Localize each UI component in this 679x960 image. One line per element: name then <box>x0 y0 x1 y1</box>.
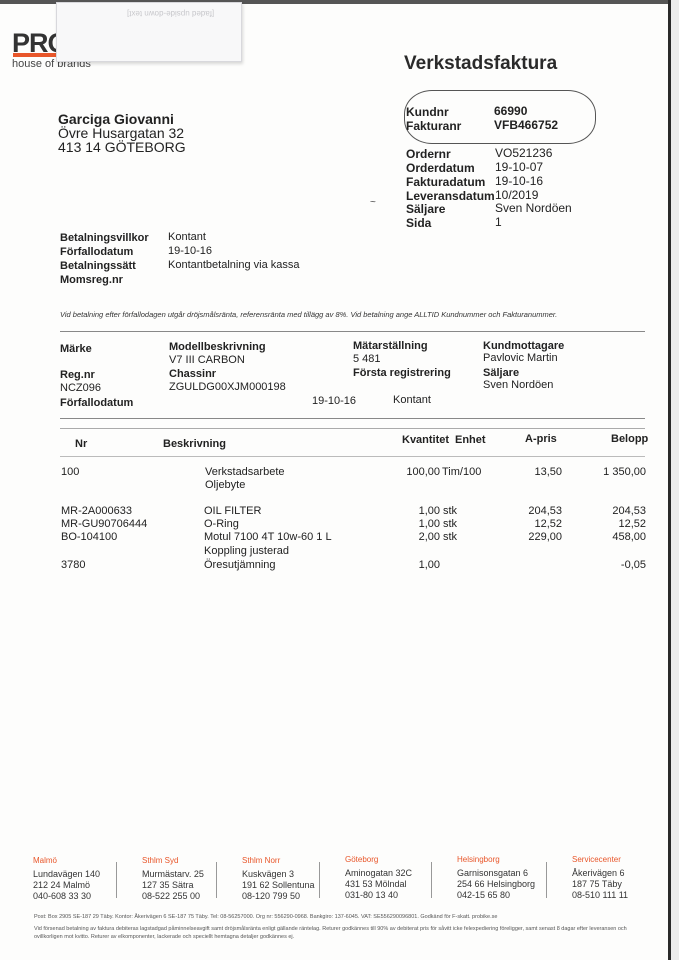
office-city: Göteborg <box>345 855 378 864</box>
col-a-pris: A-pris <box>525 433 557 445</box>
office-city: Helsingborg <box>457 855 500 864</box>
kundnr-value: 66990 <box>494 104 527 118</box>
momsreg-label: Momsreg.nr <box>60 274 123 286</box>
marke-label: Märke <box>60 343 92 355</box>
row-nr: MR-2A000633 <box>61 505 132 517</box>
footer-terms-1: Vid försenad betalning av faktura debite… <box>34 926 627 932</box>
divider <box>60 418 645 419</box>
col-belopp: Belopp <box>611 433 648 445</box>
office-city: Servicecenter <box>572 855 621 864</box>
leveransdatum-value: 10/2019 <box>495 188 538 202</box>
row-nr: BO-104100 <box>61 531 117 543</box>
office-postal: 187 75 Täby <box>572 879 622 889</box>
row-description: Koppling justerad <box>204 545 289 557</box>
office-phone: 08-120 799 50 <box>242 891 300 901</box>
document-title: Verkstadsfaktura <box>404 53 557 75</box>
row-amount: 1 350,00 <box>590 466 646 478</box>
office-postal: 254 66 Helsingborg <box>457 879 535 889</box>
row-amount: 204,53 <box>590 505 646 517</box>
orderdatum-label: Orderdatum <box>406 161 475 175</box>
divider <box>60 428 645 429</box>
office-city: Malmö <box>33 856 57 865</box>
row-amount: 458,00 <box>590 531 646 543</box>
office-street: Lundavägen 140 <box>33 869 100 879</box>
scan-background <box>671 0 679 960</box>
betalningsvillkor-label: Betalningsvillkor <box>60 232 149 244</box>
saljare-value: Sven Nordöen <box>495 201 572 215</box>
forsta-reg-label: Första registrering <box>353 367 451 379</box>
footer-company-info: Post: Box 2905 SE-187 29 Täby. Kontor: Å… <box>34 914 497 920</box>
row-unit: stk <box>443 531 457 543</box>
office-postal: 212 24 Malmö <box>33 880 90 890</box>
ordernr-value: VO521236 <box>495 146 552 160</box>
office-postal: 431 53 Mölndal <box>345 879 407 889</box>
kundmottagare-value: Pavlovic Martin <box>483 352 558 364</box>
office-street: Kuskvägen 3 <box>242 869 294 879</box>
office-city: Sthlm Syd <box>142 856 178 865</box>
row-description: Verkstadsarbete <box>205 466 285 478</box>
regnr-label: Reg.nr <box>60 369 95 381</box>
modell-value: V7 III CARBON <box>169 354 245 366</box>
fakturadatum-value: 19-10-16 <box>495 174 543 188</box>
fakturanr-value: VFB466752 <box>494 118 558 132</box>
row-unit: Tim/100 <box>442 466 481 478</box>
modell-label: Modellbeskrivning <box>169 341 266 353</box>
vehicle-forfallo-value: 19-10-16 <box>312 395 356 407</box>
office-street: Aminogatan 32C <box>345 868 412 878</box>
handwritten-mark: ~ <box>370 197 376 208</box>
office-postal: 191 62 Sollentuna <box>242 880 315 890</box>
row-unit: stk <box>443 518 457 530</box>
office-phone: 040-608 33 30 <box>33 891 91 901</box>
divider <box>60 331 645 332</box>
ordernr-label: Ordernr <box>406 147 451 161</box>
matar-value: 5 481 <box>353 353 381 365</box>
row-description: Öresutjämning <box>204 559 276 571</box>
office-postal: 127 35 Sätra <box>142 880 194 890</box>
vehicle-saljare-value: Sven Nordöen <box>483 379 553 391</box>
leveransdatum-label: Leveransdatum <box>406 189 495 203</box>
matar-label: Mätarställning <box>353 340 428 352</box>
office-street: Garnisonsgatan 6 <box>457 868 528 878</box>
row-unit: stk <box>443 505 457 517</box>
attached-sticker: [faded upside-down text] <box>56 2 242 62</box>
vehicle-forfallo-extra: Kontant <box>393 394 431 406</box>
row-nr: 100 <box>61 466 79 478</box>
row-amount: 12,52 <box>590 518 646 530</box>
betalningssatt-value: Kontantbetalning via kassa <box>168 259 299 271</box>
office-street: Murmästarv. 25 <box>142 869 204 879</box>
invoice-page: PRO house of brands [faded upside-down t… <box>0 0 668 960</box>
row-quantity: 100,00 <box>400 466 440 478</box>
row-price: 13,50 <box>512 466 562 478</box>
customer-postal-city: 413 14 GÖTEBORG <box>58 139 186 155</box>
office-city: Sthlm Norr <box>242 856 280 865</box>
col-beskrivning: Beskrivning <box>163 438 226 450</box>
regnr-value: NCZ096 <box>60 382 101 394</box>
vehicle-forfallo-label: Förfallodatum <box>60 397 133 409</box>
kundnr-label: Kundnr <box>406 105 449 119</box>
office-separator <box>116 862 117 898</box>
col-kvantitet: Kvantitet <box>402 434 449 446</box>
row-description: OIL FILTER <box>204 505 261 517</box>
vehicle-saljare-label: Säljare <box>483 367 519 379</box>
divider <box>60 456 645 457</box>
office-phone: 08-522 255 00 <box>142 891 200 901</box>
forfallodatum-label: Förfallodatum <box>60 246 133 258</box>
row-description: Oljebyte <box>205 479 245 491</box>
office-separator <box>431 862 432 898</box>
col-enhet: Enhet <box>455 434 486 446</box>
office-phone: 08-510 111 11 <box>572 890 628 900</box>
office-separator <box>319 862 320 898</box>
payment-notice: Vid betalning efter förfallodagen utgår … <box>60 310 557 319</box>
row-nr: 3780 <box>61 559 85 571</box>
row-amount: -0,05 <box>590 559 646 571</box>
chassinr-value: ZGULDG00XJM000198 <box>169 381 286 393</box>
office-street: Åkerivägen 6 <box>572 868 625 878</box>
row-description: O-Ring <box>204 518 239 530</box>
office-phone: 031-80 13 40 <box>345 890 398 900</box>
orderdatum-value: 19-10-07 <box>495 160 543 174</box>
office-phone: 042-15 65 80 <box>457 890 510 900</box>
footer-terms-2: ovillkorligen mot kvitto. Returer av elk… <box>34 934 294 940</box>
row-price: 12,52 <box>512 518 562 530</box>
row-quantity: 1,00 <box>400 505 440 517</box>
kundmottagare-label: Kundmottagare <box>483 340 564 352</box>
saljare-label: Säljare <box>406 202 445 216</box>
row-price: 229,00 <box>512 531 562 543</box>
office-separator <box>546 862 547 898</box>
sida-value: 1 <box>495 215 502 229</box>
forfallodatum-value: 19-10-16 <box>168 245 212 257</box>
sida-label: Sida <box>406 216 431 230</box>
col-nr: Nr <box>75 438 87 450</box>
row-quantity: 2,00 <box>400 531 440 543</box>
office-separator <box>216 862 217 898</box>
betalningssatt-label: Betalningssätt <box>60 260 136 272</box>
chassinr-label: Chassinr <box>169 368 216 380</box>
row-quantity: 1,00 <box>400 518 440 530</box>
row-description: Motul 7100 4T 10w-60 1 L <box>204 531 332 543</box>
betalningsvillkor-value: Kontant <box>168 231 206 243</box>
fakturanr-label: Fakturanr <box>406 119 461 133</box>
fakturadatum-label: Fakturadatum <box>406 175 485 189</box>
row-price: 204,53 <box>512 505 562 517</box>
sticker-line: [faded upside-down text] <box>127 9 214 18</box>
row-nr: MR-GU90706444 <box>61 518 147 530</box>
row-quantity: 1,00 <box>400 559 440 571</box>
